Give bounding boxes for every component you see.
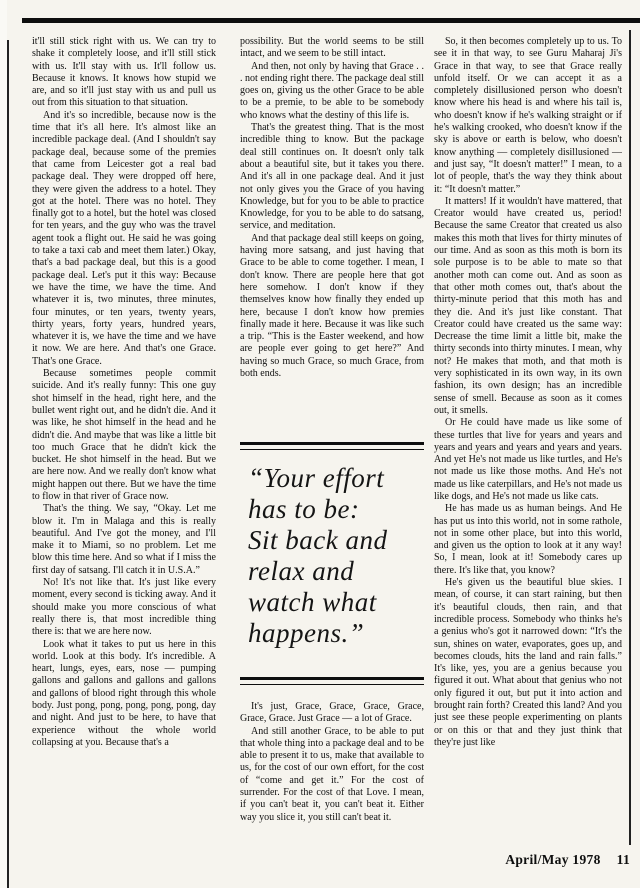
pull-quote-line: “Your effort [248, 463, 424, 494]
paragraph: He has made us as human beings. And He h… [434, 503, 622, 577]
text-column-3: So, it then becomes completely up to us.… [434, 36, 622, 852]
paragraph: It matters! If it wouldn't have mattered… [434, 196, 622, 417]
right-border-rule [629, 30, 631, 845]
pullquote-top-rule [240, 442, 424, 450]
paragraph: it'll still stick right with us. We can … [32, 36, 216, 110]
text-column-1: it'll still stick right with us. We can … [32, 36, 216, 852]
paragraph: That's the thing. We say, “Okay. Let me … [32, 503, 216, 577]
pull-quote-line: relax and [248, 556, 424, 587]
page-edge-strip [0, 0, 7, 888]
pull-quote-line: Sit back and [248, 525, 424, 556]
paragraph: And it's so incredible, because now is t… [32, 110, 216, 368]
paragraph: So, it then becomes completely up to us.… [434, 36, 622, 196]
pull-quote-line: has to be: [248, 494, 424, 525]
paragraph: Look what it takes to put us here in thi… [32, 639, 216, 750]
pullquote-bottom-rule [240, 677, 424, 685]
issue-date: April/May 1978 [505, 852, 600, 867]
paragraph: And then, not only by having that Grace … [240, 61, 424, 122]
pull-quote-line: watch what [248, 587, 424, 618]
paragraph: Because sometimes people commit suicide.… [32, 368, 216, 503]
paragraph: He's given us the beautiful blue skies. … [434, 577, 622, 749]
text-column-2: possibility. But the world seems to be s… [240, 36, 424, 852]
paragraph: That's the greatest thing. That is the m… [240, 122, 424, 233]
column-2-lower-text: It's just, Grace, Grace, Grace, Grace, G… [240, 701, 424, 824]
page-footer: April/May 197811 [505, 852, 630, 868]
paragraph: And that package deal still keeps on goi… [240, 233, 424, 381]
left-border-rule [7, 40, 9, 888]
pull-quote: “Your effort has to be: Sit back and rel… [240, 463, 424, 649]
page-number: 11 [617, 852, 630, 867]
paragraph: possibility. But the world seems to be s… [240, 36, 424, 61]
column-2-upper-text: possibility. But the world seems to be s… [240, 36, 424, 442]
paragraph: It's just, Grace, Grace, Grace, Grace, G… [240, 701, 424, 726]
top-border-rule [22, 18, 640, 23]
paragraph: And still another Grace, to be able to p… [240, 726, 424, 824]
paragraph: Or He could have made us like some of th… [434, 417, 622, 503]
paragraph: No! It's not like that. It's just like e… [32, 577, 216, 638]
pull-quote-line: happens.” [248, 618, 424, 649]
